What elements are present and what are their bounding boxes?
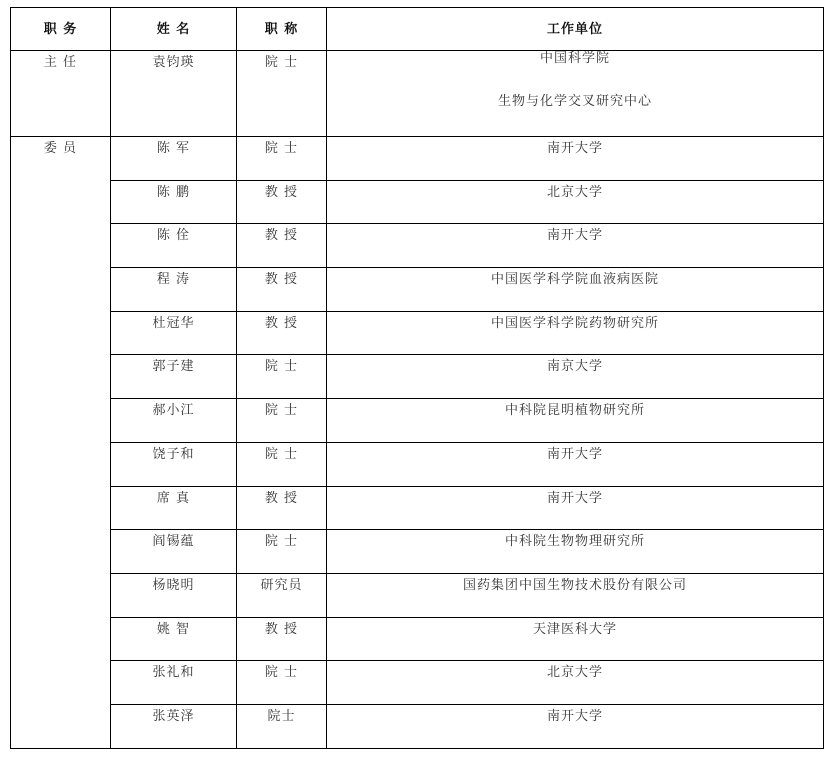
table-row: 姚 智 教 授 天津医科大学 — [11, 617, 824, 661]
table-row: 杜冠华 教 授 中国医学科学院药物研究所 — [11, 311, 824, 355]
member-unit: 南开大学 — [327, 704, 824, 748]
member-unit: 北京大学 — [327, 661, 824, 705]
header-row: 职 务 姓 名 职 称 工作单位 — [11, 8, 824, 51]
chair-title: 院 士 — [237, 51, 327, 137]
table-row: 陈 佺 教 授 南开大学 — [11, 224, 824, 268]
member-name: 阎锡蕴 — [111, 530, 237, 574]
member-unit: 天津医科大学 — [327, 617, 824, 661]
table-row: 郝小江 院 士 中科院昆明植物研究所 — [11, 399, 824, 443]
table-row: 张礼和 院 士 北京大学 — [11, 661, 824, 705]
committee-table: 职 务 姓 名 职 称 工作单位 主 任 袁钧瑛 院 士 中国科学院 生物与化学… — [10, 7, 824, 749]
table-row: 饶子和 院 士 南开大学 — [11, 442, 824, 486]
table-row: 杨晓明 研究员 国药集团中国生物技术股份有限公司 — [11, 573, 824, 617]
member-name: 陈 佺 — [111, 224, 237, 268]
chair-name: 袁钧瑛 — [111, 51, 237, 137]
member-title: 教 授 — [237, 311, 327, 355]
member-name: 张礼和 — [111, 661, 237, 705]
table-row: 委 员 陈 军 院 士 南开大学 — [11, 137, 824, 181]
member-title: 院 士 — [237, 442, 327, 486]
member-name: 杨晓明 — [111, 573, 237, 617]
member-unit: 南开大学 — [327, 442, 824, 486]
member-title: 院 士 — [237, 399, 327, 443]
header-name: 姓 名 — [111, 8, 237, 51]
member-title: 研究员 — [237, 573, 327, 617]
member-title: 院 士 — [237, 137, 327, 181]
member-name: 张英泽 — [111, 704, 237, 748]
chair-unit-line-2: 生物与化学交叉研究中心 — [327, 94, 823, 110]
member-unit: 北京大学 — [327, 180, 824, 224]
table-row: 席 真 教 授 南开大学 — [11, 486, 824, 530]
chair-row: 主 任 袁钧瑛 院 士 中国科学院 生物与化学交叉研究中心 — [11, 51, 824, 137]
member-title: 教 授 — [237, 617, 327, 661]
chair-unit: 中国科学院 生物与化学交叉研究中心 — [327, 51, 824, 137]
header-role: 职 务 — [11, 8, 111, 51]
member-title: 教 授 — [237, 486, 327, 530]
member-title: 院 士 — [237, 355, 327, 399]
member-unit: 中国医学科学院药物研究所 — [327, 311, 824, 355]
member-title: 教 授 — [237, 224, 327, 268]
member-title: 院士 — [237, 704, 327, 748]
member-name: 饶子和 — [111, 442, 237, 486]
member-name: 郭子建 — [111, 355, 237, 399]
chair-unit-line-1: 中国科学院 — [327, 51, 823, 67]
member-name: 陈 鹏 — [111, 180, 237, 224]
member-name: 陈 军 — [111, 137, 237, 181]
member-name: 席 真 — [111, 486, 237, 530]
member-name: 姚 智 — [111, 617, 237, 661]
member-name: 杜冠华 — [111, 311, 237, 355]
member-title: 教 授 — [237, 180, 327, 224]
header-unit: 工作单位 — [327, 8, 824, 51]
member-title: 院 士 — [237, 661, 327, 705]
member-unit: 中科院生物物理研究所 — [327, 530, 824, 574]
member-unit: 南开大学 — [327, 137, 824, 181]
member-unit: 南开大学 — [327, 486, 824, 530]
member-title: 教 授 — [237, 268, 327, 312]
table-row: 郭子建 院 士 南京大学 — [11, 355, 824, 399]
table-row: 张英泽 院士 南开大学 — [11, 704, 824, 748]
member-unit: 南开大学 — [327, 224, 824, 268]
header-title: 职 称 — [237, 8, 327, 51]
table-row: 程 涛 教 授 中国医学科学院血液病医院 — [11, 268, 824, 312]
member-name: 程 涛 — [111, 268, 237, 312]
member-unit: 国药集团中国生物技术股份有限公司 — [327, 573, 824, 617]
member-unit: 中国医学科学院血液病医院 — [327, 268, 824, 312]
members-role: 委 员 — [11, 137, 111, 749]
member-title: 院 士 — [237, 530, 327, 574]
member-unit: 南京大学 — [327, 355, 824, 399]
member-unit: 中科院昆明植物研究所 — [327, 399, 824, 443]
member-name: 郝小江 — [111, 399, 237, 443]
chair-role: 主 任 — [11, 51, 111, 137]
table-row: 陈 鹏 教 授 北京大学 — [11, 180, 824, 224]
table-row: 阎锡蕴 院 士 中科院生物物理研究所 — [11, 530, 824, 574]
